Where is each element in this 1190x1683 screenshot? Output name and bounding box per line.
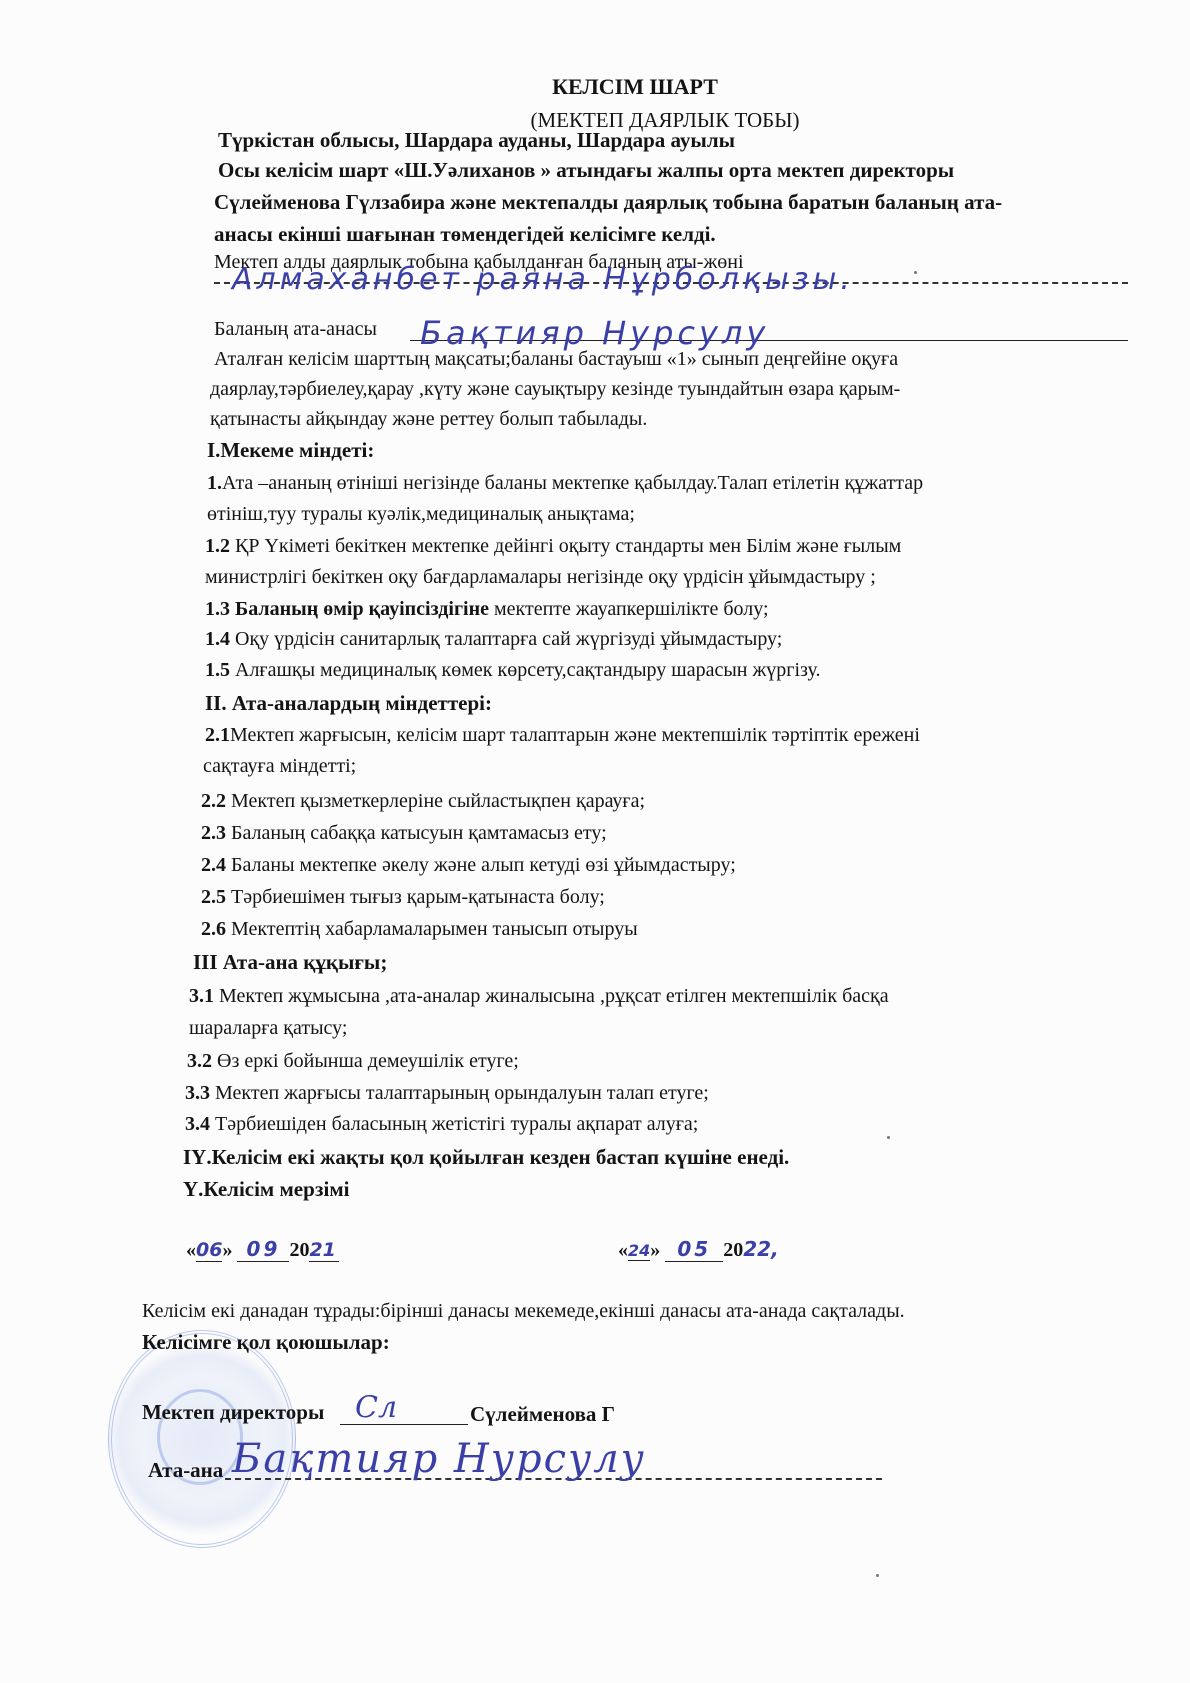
item-number: 3.2 bbox=[187, 1050, 212, 1072]
location-line: Түркістан облысы, Шардара ауданы, Шардар… bbox=[218, 128, 735, 153]
section2-heading: ІІ. Ата-аналардың міндеттері: bbox=[205, 691, 492, 716]
item-text: Оқу үрдісін санитарлық талаптарға сай жү… bbox=[230, 628, 782, 650]
item-text: Мектеп жұмысына ,ата-аналар жиналысына ,… bbox=[214, 985, 889, 1007]
start-month: 09 bbox=[237, 1237, 289, 1262]
item-number: 3.4 bbox=[185, 1113, 210, 1135]
section3-heading: ІІІ Ата-ана құқығы; bbox=[193, 950, 387, 975]
purpose-line-2: даярлау,тәрбиелеу,қарау ,күту және сауық… bbox=[210, 378, 900, 401]
item-text: Ата –ананың өтініші негізінде баланы мек… bbox=[222, 472, 923, 494]
section1-heading: І.Мекеме міндеті: bbox=[207, 438, 374, 463]
section3-item-1-cont: шараларға қатысу; bbox=[189, 1017, 347, 1040]
item-number: 2.1 bbox=[205, 724, 230, 746]
item-number: 2.5 bbox=[201, 886, 226, 908]
item-text: Мектептің хабарламаларымен танысып отыру… bbox=[226, 918, 638, 940]
scan-speck bbox=[887, 1136, 890, 1139]
item-text: Өз еркі бойынша демеушілік етуге; bbox=[212, 1050, 519, 1072]
section3-item-2: 3.2 Өз еркі бойынша демеушілік етуге; bbox=[187, 1050, 519, 1073]
section2-item-1-cont: сақтауға міндетті; bbox=[203, 755, 356, 778]
director-label: Мектеп директоры bbox=[142, 1400, 324, 1425]
end-date: «24» 052022, bbox=[618, 1237, 779, 1262]
contract-page: КЕЛСІМ ШАРТ (МЕКТЕП ДАЯРЛЫК ТОБЫ) Түркіс… bbox=[0, 0, 1190, 1683]
item-text: Мектеп жарғысын, келісім шарт талаптарын… bbox=[230, 724, 920, 746]
item-number: 1.5 bbox=[205, 659, 230, 681]
item-number: 1.4 bbox=[205, 628, 230, 650]
start-year-prefix: 20 bbox=[289, 1239, 309, 1261]
section2-item-1: 2.1Мектеп жарғысын, келісім шарт талапта… bbox=[205, 724, 920, 747]
section4-statement: ІҮ.Келісім екі жақты қол қойылған кезден… bbox=[183, 1145, 789, 1170]
item-number: 2.2 bbox=[201, 790, 226, 812]
section2-item-6: 2.6 Мектептің хабарламаларымен танысып о… bbox=[201, 918, 638, 941]
scan-speck bbox=[876, 1574, 879, 1577]
item-number: 3.3 bbox=[185, 1082, 210, 1104]
item-text: Баланың сабаққа катысуын қамтамасыз ету; bbox=[226, 822, 607, 844]
item-number: 3.1 bbox=[189, 985, 214, 1007]
section2-item-5: 2.5 Тәрбиешімен тығыз қарым-қатынаста бо… bbox=[201, 886, 605, 909]
parent-sign-label: Ата-ана bbox=[148, 1458, 223, 1483]
item-text: мектепте жауапкершілікте болу; bbox=[489, 598, 769, 620]
item-number: 2.4 bbox=[201, 854, 226, 876]
purpose-line-3: қатынасты айқындау және реттеу болып таб… bbox=[210, 408, 647, 431]
end-month: 05 bbox=[665, 1237, 723, 1262]
scan-speck bbox=[914, 271, 917, 274]
parent-name-handwritten: Бақтияр Нурсулу bbox=[420, 314, 769, 352]
section2-item-3: 2.3 Баланың сабаққа катысуын қамтамасыз … bbox=[201, 822, 607, 845]
copies-note: Келісім екі данадан тұрады:бірінші данас… bbox=[142, 1300, 905, 1323]
section5-heading: Ү.Келісім мерзімі bbox=[183, 1177, 349, 1202]
document-title: КЕЛСІМ ШАРТ bbox=[0, 74, 1190, 100]
section3-item-1: 3.1 Мектеп жұмысына ,ата-аналар жиналысы… bbox=[189, 985, 889, 1008]
item-text: Мектеп қызметкерлеріне сыйластықпен қара… bbox=[226, 790, 645, 812]
section1-item-3: 1.3 Баланың өмір қауіпсіздігіне мектепте… bbox=[205, 598, 769, 621]
end-year-prefix: 20 bbox=[723, 1239, 743, 1261]
director-name: Сүлейменова Г bbox=[470, 1402, 615, 1427]
item-number: 2.3 bbox=[201, 822, 226, 844]
section2-item-4: 2.4 Баланы мектепке әкелу және алып кету… bbox=[201, 854, 736, 877]
section3-item-4: 3.4 Тәрбиешіден баласының жетістігі тура… bbox=[185, 1113, 698, 1136]
parent-name-label: Баланың ата-анасы bbox=[214, 318, 377, 341]
item-text: Мектеп жарғысы талаптарының орындалуын т… bbox=[210, 1082, 709, 1104]
start-day: 06 bbox=[196, 1239, 222, 1262]
item-number: 1.2 bbox=[205, 535, 230, 557]
start-date: «06» 092021 bbox=[186, 1237, 339, 1262]
end-year-suffix: 22 bbox=[743, 1237, 771, 1261]
child-name-handwritten: Алмаханбет раяна Нұрболқызы. bbox=[232, 262, 854, 297]
section1-item-1-cont: өтініш,туу туралы куәлік,медициналық аны… bbox=[207, 503, 635, 526]
end-day: 24 bbox=[628, 1241, 650, 1261]
start-year-suffix: 21 bbox=[309, 1239, 339, 1262]
section1-item-1: 1.Ата –ананың өтініші негізінде баланы м… bbox=[207, 472, 923, 495]
section3-item-3: 3.3 Мектеп жарғысы талаптарының орындалу… bbox=[185, 1082, 709, 1105]
item-text: Баланы мектепке әкелу және алып кетуді ө… bbox=[226, 854, 736, 876]
director-signature: Сл bbox=[355, 1390, 397, 1425]
signers-heading: Келісімге қол қоюшылар: bbox=[142, 1330, 390, 1355]
item-number: 1. bbox=[207, 472, 222, 494]
section1-item-5: 1.5 Алғашқы медициналық көмек көрсету,са… bbox=[205, 659, 821, 682]
section2-item-2: 2.2 Мектеп қызметкерлеріне сыйластықпен … bbox=[201, 790, 645, 813]
item-number: 1.3 Баланың өмір қауіпсіздігіне bbox=[205, 598, 489, 620]
item-text: Алғашқы медициналық көмек көрсету,сақтан… bbox=[230, 659, 821, 681]
parent-signature: Бақтияр Нурсулу bbox=[232, 1436, 646, 1482]
purpose-line-1: Аталған келісім шарттың мақсаты;баланы б… bbox=[214, 348, 898, 371]
section1-item-4: 1.4 Оқу үрдісін санитарлық талаптарға са… bbox=[205, 628, 782, 651]
section1-item-2-cont: министрлігі бекіткен оқу бағдарламалары … bbox=[205, 566, 876, 589]
item-text: ҚР Үкіметі бекіткен мектепке дейінгі оқы… bbox=[230, 535, 901, 557]
item-number: 2.6 bbox=[201, 918, 226, 940]
intro-line-2: Сүлейменова Гүлзабира және мектепалды да… bbox=[214, 190, 1002, 215]
intro-line-3: анасы екінші шағынан төмендегідей келісі… bbox=[214, 222, 716, 247]
intro-line-1: Осы келісім шарт «Ш.Уәлиханов » атындағы… bbox=[218, 158, 954, 183]
item-text: Тәрбиешімен тығыз қарым-қатынаста болу; bbox=[226, 886, 605, 908]
item-text: Тәрбиешіден баласының жетістігі туралы а… bbox=[210, 1113, 698, 1135]
section1-item-2: 1.2 ҚР Үкіметі бекіткен мектепке дейінгі… bbox=[205, 535, 901, 558]
